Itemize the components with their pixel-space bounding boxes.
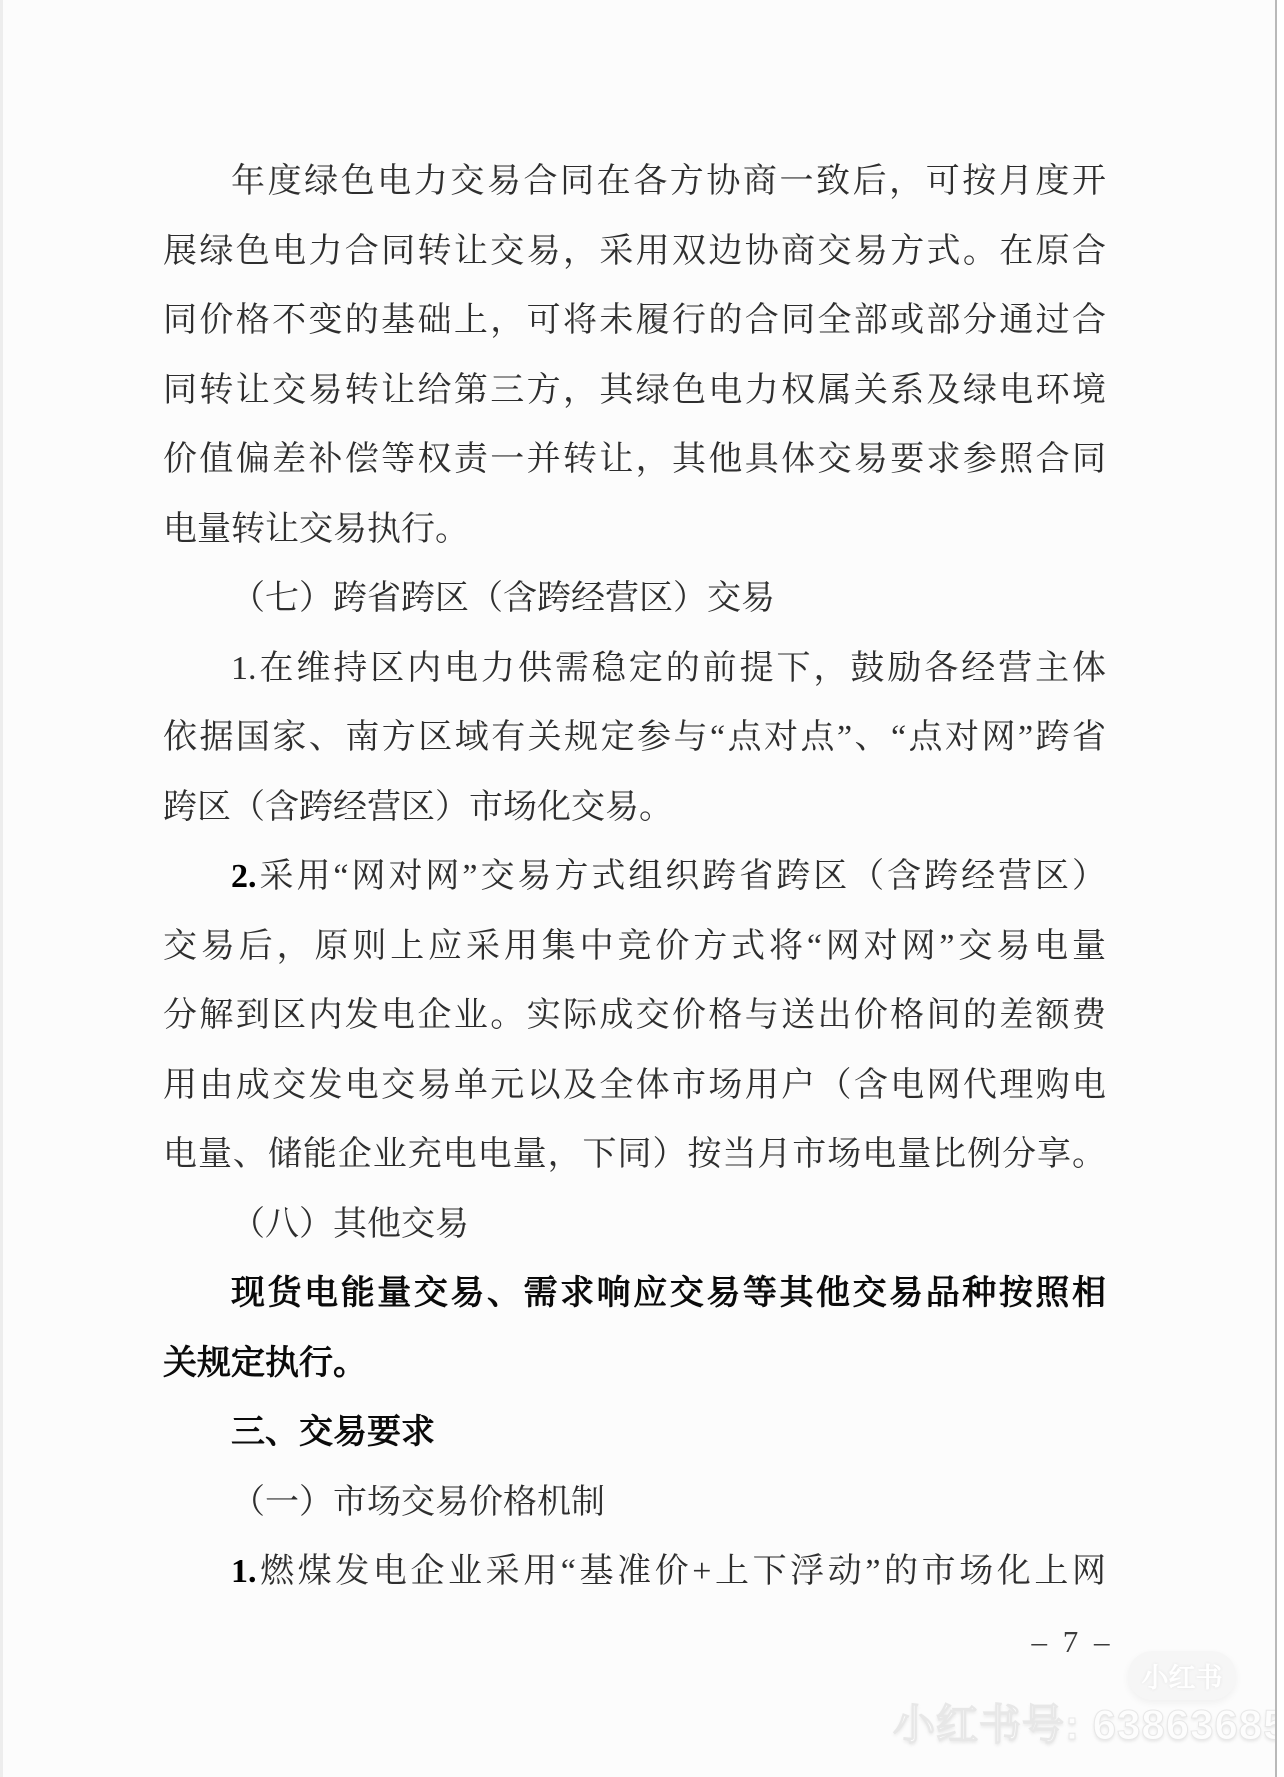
document-line: （七）跨省跨区（含跨经营区）交易 <box>163 564 1106 634</box>
document-line: 展绿色电力合同转让交易，采用双边协商交易方式。在原合 <box>163 217 1106 287</box>
document-line: 现货电能量交易、需求响应交易等其他交易品种按照相 <box>163 1259 1106 1329</box>
page-number: – 7 – <box>1000 1624 1145 1660</box>
document-line-text: 燃煤发电企业采用“基准价+上下浮动”的市场化上网 <box>257 1553 1107 1590</box>
document-line-text: 电量、储能企业充电电量，下同）按当月市场电量比例分享。 <box>163 1136 1106 1173</box>
document-line: （一）市场交易价格机制 <box>163 1468 1106 1538</box>
document-line: 1.燃煤发电企业采用“基准价+上下浮动”的市场化上网 <box>163 1537 1106 1607</box>
document-line-text: 采用“网对网”交易方式组织跨省跨区（含跨经营区） <box>257 858 1107 895</box>
document-line: （八）其他交易 <box>163 1190 1106 1260</box>
document-line-text: 用由成交发电交易单元以及全体市场用户（含电网代理购电 <box>163 1067 1106 1104</box>
document-line: 电量、储能企业充电电量，下同）按当月市场电量比例分享。 <box>163 1120 1106 1190</box>
scan-edge-right-margin <box>1277 0 1284 1777</box>
document-body: 年度绿色电力交易合同在各方协商一致后，可按月度开展绿色电力合同转让交易，采用双边… <box>163 147 1106 1607</box>
list-number-prefix: 1. <box>231 1553 257 1590</box>
document-line: 分解到区内发电企业。实际成交价格与送出价格间的差额费 <box>163 981 1106 1051</box>
document-line-text: 依据国家、南方区域有关规定参与“点对点”、“点对网”跨省 <box>163 719 1106 756</box>
document-line-text: 交易后，原则上应采用集中竞价方式将“网对网”交易电量 <box>163 928 1106 965</box>
document-line: 三、交易要求 <box>163 1398 1106 1468</box>
document-line: 2.采用“网对网”交易方式组织跨省跨区（含跨经营区） <box>163 842 1106 912</box>
document-line: 跨区（含跨经营区）市场化交易。 <box>163 773 1106 843</box>
xiaohongshu-id-watermark: 小红书号: 6386368559 <box>893 1692 1284 1752</box>
document-line-text: 在维持区内电力供需稳定的前提下，鼓励各经营主体 <box>257 650 1107 687</box>
document-line: 1.在维持区内电力供需稳定的前提下，鼓励各经营主体 <box>163 634 1106 704</box>
scan-edge-left <box>0 0 3 1777</box>
document-line: 用由成交发电交易单元以及全体市场用户（含电网代理购电 <box>163 1051 1106 1121</box>
document-line-text: 价值偏差补偿等权责一并转让，其他具体交易要求参照合同 <box>163 441 1106 478</box>
document-line: 依据国家、南方区域有关规定参与“点对点”、“点对网”跨省 <box>163 703 1106 773</box>
document-line: 价值偏差补偿等权责一并转让，其他具体交易要求参照合同 <box>163 425 1106 495</box>
document-line: 年度绿色电力交易合同在各方协商一致后，可按月度开 <box>163 147 1106 217</box>
document-line-text: （八）其他交易 <box>231 1206 469 1243</box>
document-line-text: （七）跨省跨区（含跨经营区）交易 <box>231 580 775 617</box>
document-line-text: 三、交易要求 <box>231 1414 435 1451</box>
document-line-text: 关规定执行。 <box>163 1345 367 1382</box>
list-number-prefix: 2. <box>231 858 257 895</box>
document-line: 同价格不变的基础上，可将未履行的合同全部或部分通过合 <box>163 286 1106 356</box>
list-number-prefix: 1. <box>231 650 257 687</box>
document-line: 关规定执行。 <box>163 1329 1106 1399</box>
document-line-text: 分解到区内发电企业。实际成交价格与送出价格间的差额费 <box>163 997 1106 1034</box>
document-line-text: 同价格不变的基础上，可将未履行的合同全部或部分通过合 <box>163 302 1106 339</box>
document-line-text: 展绿色电力合同转让交易，采用双边协商交易方式。在原合 <box>163 233 1106 270</box>
document-line: 同转让交易转让给第三方，其绿色电力权属关系及绿电环境 <box>163 356 1106 426</box>
document-page: 年度绿色电力交易合同在各方协商一致后，可按月度开展绿色电力合同转让交易，采用双边… <box>0 0 1284 1777</box>
document-line-text: 同转让交易转让给第三方，其绿色电力权属关系及绿电环境 <box>163 372 1106 409</box>
document-line-text: 年度绿色电力交易合同在各方协商一致后，可按月度开 <box>231 163 1106 200</box>
document-line: 交易后，原则上应采用集中竞价方式将“网对网”交易电量 <box>163 912 1106 982</box>
document-line-text: （一）市场交易价格机制 <box>231 1484 605 1521</box>
document-line: 电量转让交易执行。 <box>163 495 1106 565</box>
document-line-text: 电量转让交易执行。 <box>163 511 469 548</box>
xiaohongshu-badge-label: 小红书 <box>1142 1656 1223 1695</box>
document-line-text: 跨区（含跨经营区）市场化交易。 <box>163 789 673 826</box>
document-line-text: 现货电能量交易、需求响应交易等其他交易品种按照相 <box>231 1275 1106 1312</box>
